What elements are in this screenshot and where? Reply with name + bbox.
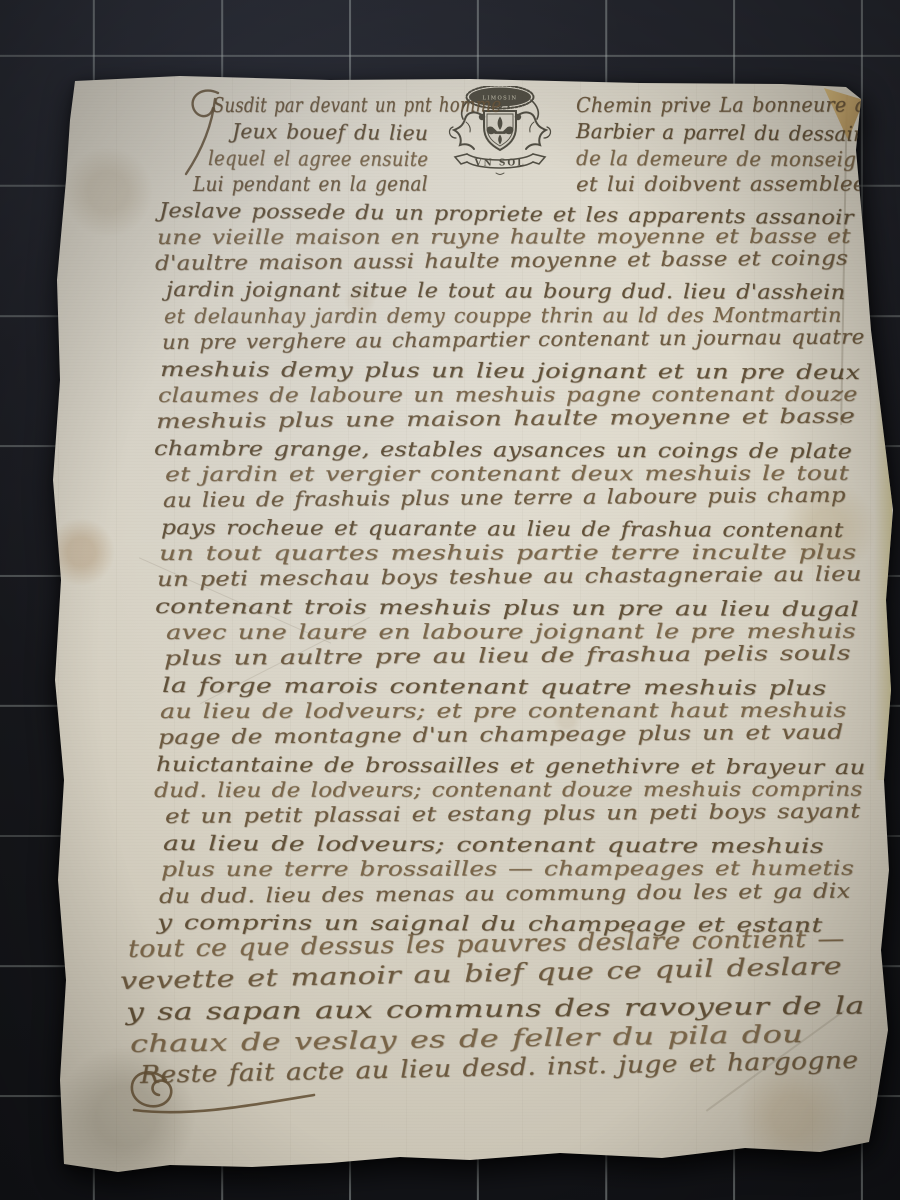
manuscript-line: du dud. lieu des menas au commung dou le…	[159, 878, 851, 907]
manuscript-line: dud. lieu de lodveurs; contenant douze m…	[154, 777, 863, 802]
manuscript-line: Lui pendant en la genal	[193, 172, 428, 196]
manuscript-line: meshuis demy plus un lieu joignant et un…	[160, 357, 861, 384]
manuscript-line: au lieu de lodveurs; contenant quatre me…	[163, 831, 824, 858]
manuscript-line: pays rocheue et quarante au lieu de fras…	[161, 515, 844, 542]
manuscript-line: au lieu de lodveurs; et pre contenant ha…	[160, 698, 847, 723]
manuscript-line: Jeux bouef du lieu	[232, 119, 428, 145]
manuscript-line: un peti meschau boys teshue au chastagne…	[157, 562, 862, 592]
manuscript-line: chambre grange, estables aysances un coi…	[154, 436, 852, 463]
manuscript-paper: LIMOSIN	[0, 0, 900, 1200]
manuscript-line: la forge marois contenant quatre meshuis…	[162, 673, 827, 700]
manuscript-line: avec une laure en laboure joignant le pr…	[166, 619, 856, 644]
manuscript-line: Barbier a parrel du dessain	[576, 119, 866, 146]
photo-scene: LIMOSIN	[0, 0, 900, 1200]
manuscript-line: contenant trois meshuis plus un pre au l…	[155, 594, 859, 621]
manuscript-line: Susdit par devant un pnt homme	[213, 92, 501, 117]
manuscript-line: lequel el agree ensuite	[208, 146, 428, 171]
manuscript-text: Susdit par devant un pnt hommeChemin pri…	[0, 0, 900, 1200]
manuscript-line: meshuis plus une maison haulte moyenne e…	[156, 404, 855, 433]
paraph-flourish	[118, 1064, 328, 1126]
manuscript-line: un tout quartes meshuis partie terre inc…	[159, 540, 856, 565]
manuscript-line: une vieille maison en ruyne haulte moyen…	[157, 224, 851, 249]
manuscript-line: et lui doibvent assemblee	[576, 172, 866, 197]
manuscript-line: de la demeure de monseigr	[576, 146, 866, 171]
manuscript-line: et jardin et vergier contenant deux mesh…	[165, 461, 849, 486]
manuscript-line: et un petit plassai et estang plus un pe…	[165, 799, 861, 828]
manuscript-line: huictantaine de brossailles et genethivr…	[156, 752, 866, 779]
paper-shadow-wrap: LIMOSIN	[0, 0, 900, 1200]
manuscript-line: plus une terre brossailles — champeages …	[161, 856, 854, 881]
manuscript-line: jardin joignant situe le tout au bourg d…	[166, 277, 845, 304]
manuscript-line: un pre verghere au champartier contenant…	[162, 325, 865, 355]
manuscript-line: au lieu de frashuis plus une terre a lab…	[163, 483, 846, 512]
manuscript-line: plus un aultre pre au lieu de frashua pe…	[164, 641, 851, 670]
manuscript-line: page de montagne d'un champeage plus un …	[158, 720, 844, 749]
manuscript-line: claumes de laboure un meshuis pagne cont…	[158, 382, 858, 407]
manuscript-line: et delaunhay jardin demy couppe thrin au…	[164, 303, 842, 328]
manuscript-line: Chemin prive La bonneure a	[576, 92, 866, 117]
manuscript-line: d'aultre maison aussi haulte moyenne et …	[155, 246, 848, 275]
gilded-edge	[872, 95, 888, 355]
